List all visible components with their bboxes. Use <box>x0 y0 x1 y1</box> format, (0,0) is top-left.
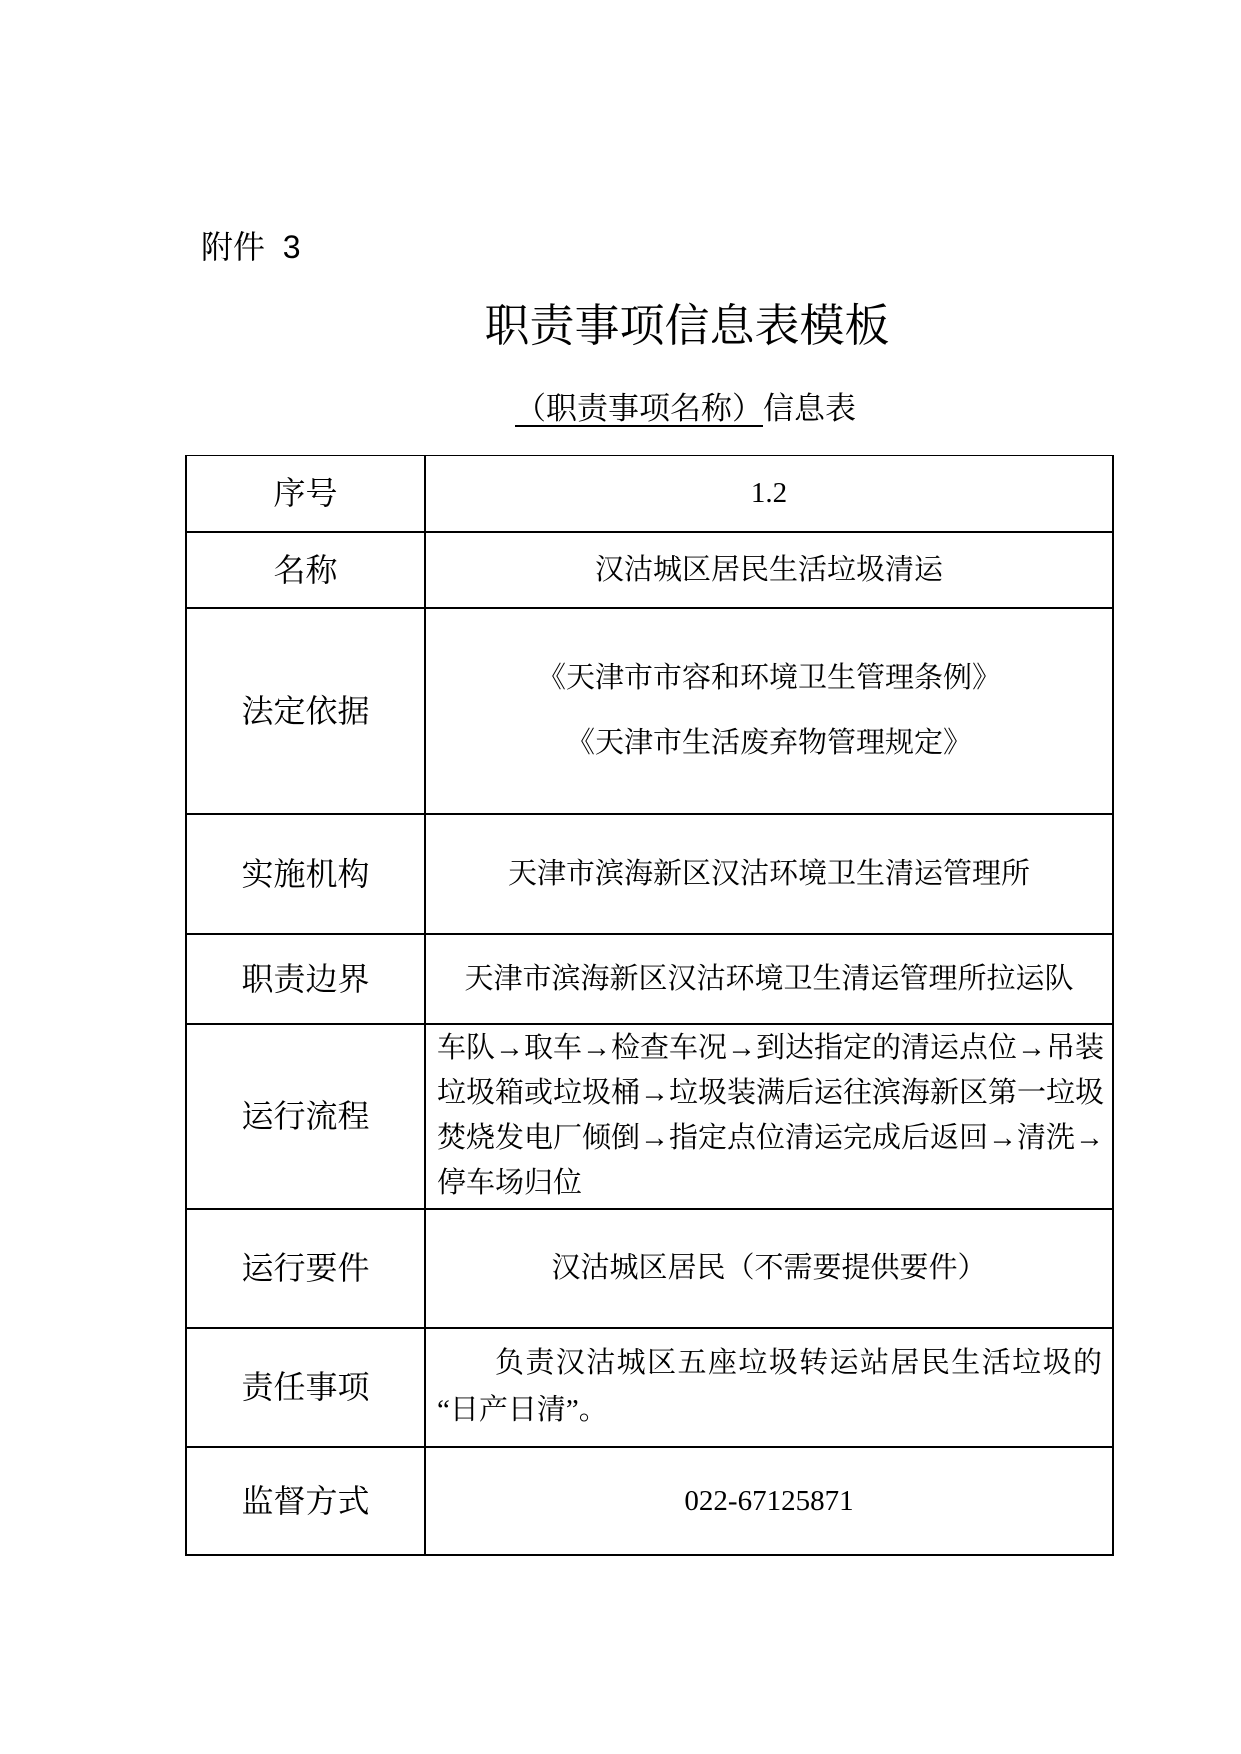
row-value-implementing-agency: 天津市滨海新区汉沽环境卫生清运管理所 <box>425 814 1113 934</box>
row-label: 实施机构 <box>186 814 425 934</box>
table-row-requirements: 运行要件 汉沽城区居民（不需要提供要件） <box>186 1209 1113 1328</box>
table-row-duty-boundary: 职责边界 天津市滨海新区汉沽环境卫生清运管理所拉运队 <box>186 934 1113 1024</box>
subtitle-item-name-placeholder: （职责事项名称） <box>515 393 763 427</box>
table-row-responsibilities: 责任事项 负责汉沽城区五座垃圾转运站居民生活垃圾的 “日产日清”。 <box>186 1328 1113 1447</box>
row-label: 运行流程 <box>186 1024 425 1209</box>
duty-info-table: 序号 1.2 名称 汉沽城区居民生活垃圾清运 法定依据 《天津市市容和环境卫生管… <box>185 455 1114 1556</box>
attachment-label: 附件 3 <box>201 229 301 265</box>
row-value-legal-basis: 《天津市市容和环境卫生管理条例》 《天津市生活废弃物管理规定》 <box>425 608 1113 814</box>
row-label: 序号 <box>186 456 425 532</box>
row-value-responsibilities: 负责汉沽城区五座垃圾转运站居民生活垃圾的 “日产日清”。 <box>425 1328 1113 1447</box>
subtitle-suffix: 信息表 <box>763 393 856 425</box>
table-row-operation-process: 运行流程 车队→取车→检查车况→到达指定的清运点位→吊装 垃圾箱或垃圾桶→垃圾装… <box>186 1024 1113 1209</box>
row-label: 运行要件 <box>186 1209 425 1328</box>
row-value-operation-process: 车队→取车→检查车况→到达指定的清运点位→吊装 垃圾箱或垃圾桶→垃圾装满后运往滨… <box>425 1024 1113 1209</box>
table-row-supervision: 监督方式 022-67125871 <box>186 1447 1113 1555</box>
row-value-serial: 1.2 <box>425 456 1113 532</box>
row-value-duty-boundary: 天津市滨海新区汉沽环境卫生清运管理所拉运队 <box>425 934 1113 1024</box>
row-value-requirements: 汉沽城区居民（不需要提供要件） <box>425 1209 1113 1328</box>
row-value-name: 汉沽城区居民生活垃圾清运 <box>425 532 1113 608</box>
row-label: 监督方式 <box>186 1447 425 1555</box>
row-label: 责任事项 <box>186 1328 425 1447</box>
responsibility-line: “日产日清”。 <box>437 1387 1102 1434</box>
legal-basis-item: 《天津市市容和环境卫生管理条例》 <box>426 646 1112 711</box>
table-row-serial: 序号 1.2 <box>186 456 1113 532</box>
row-label: 法定依据 <box>186 608 425 814</box>
row-label: 名称 <box>186 532 425 608</box>
table-row-legal-basis: 法定依据 《天津市市容和环境卫生管理条例》 《天津市生活废弃物管理规定》 <box>186 608 1113 814</box>
legal-basis-item: 《天津市生活废弃物管理规定》 <box>426 711 1112 776</box>
table-row-implementing-agency: 实施机构 天津市滨海新区汉沽环境卫生清运管理所 <box>186 814 1113 934</box>
page-title: 职责事项信息表模板 <box>437 302 937 350</box>
responsibility-line: 负责汉沽城区五座垃圾转运站居民生活垃圾的 <box>437 1340 1102 1387</box>
row-label: 职责边界 <box>186 934 425 1024</box>
process-line: 垃圾箱或垃圾桶→垃圾装满后运往滨海新区第一垃圾 <box>437 1071 1102 1116</box>
process-line: 停车场归位 <box>437 1161 1102 1206</box>
table-row-name: 名称 汉沽城区居民生活垃圾清运 <box>186 532 1113 608</box>
process-line: 焚烧发电厂倾倒→指定点位清运完成后返回→清洗→ <box>437 1116 1102 1161</box>
table-subtitle: （职责事项名称）信息表 <box>515 393 856 427</box>
row-value-supervision-phone: 022-67125871 <box>425 1447 1113 1555</box>
process-line: 车队→取车→检查车况→到达指定的清运点位→吊装 <box>437 1026 1102 1071</box>
